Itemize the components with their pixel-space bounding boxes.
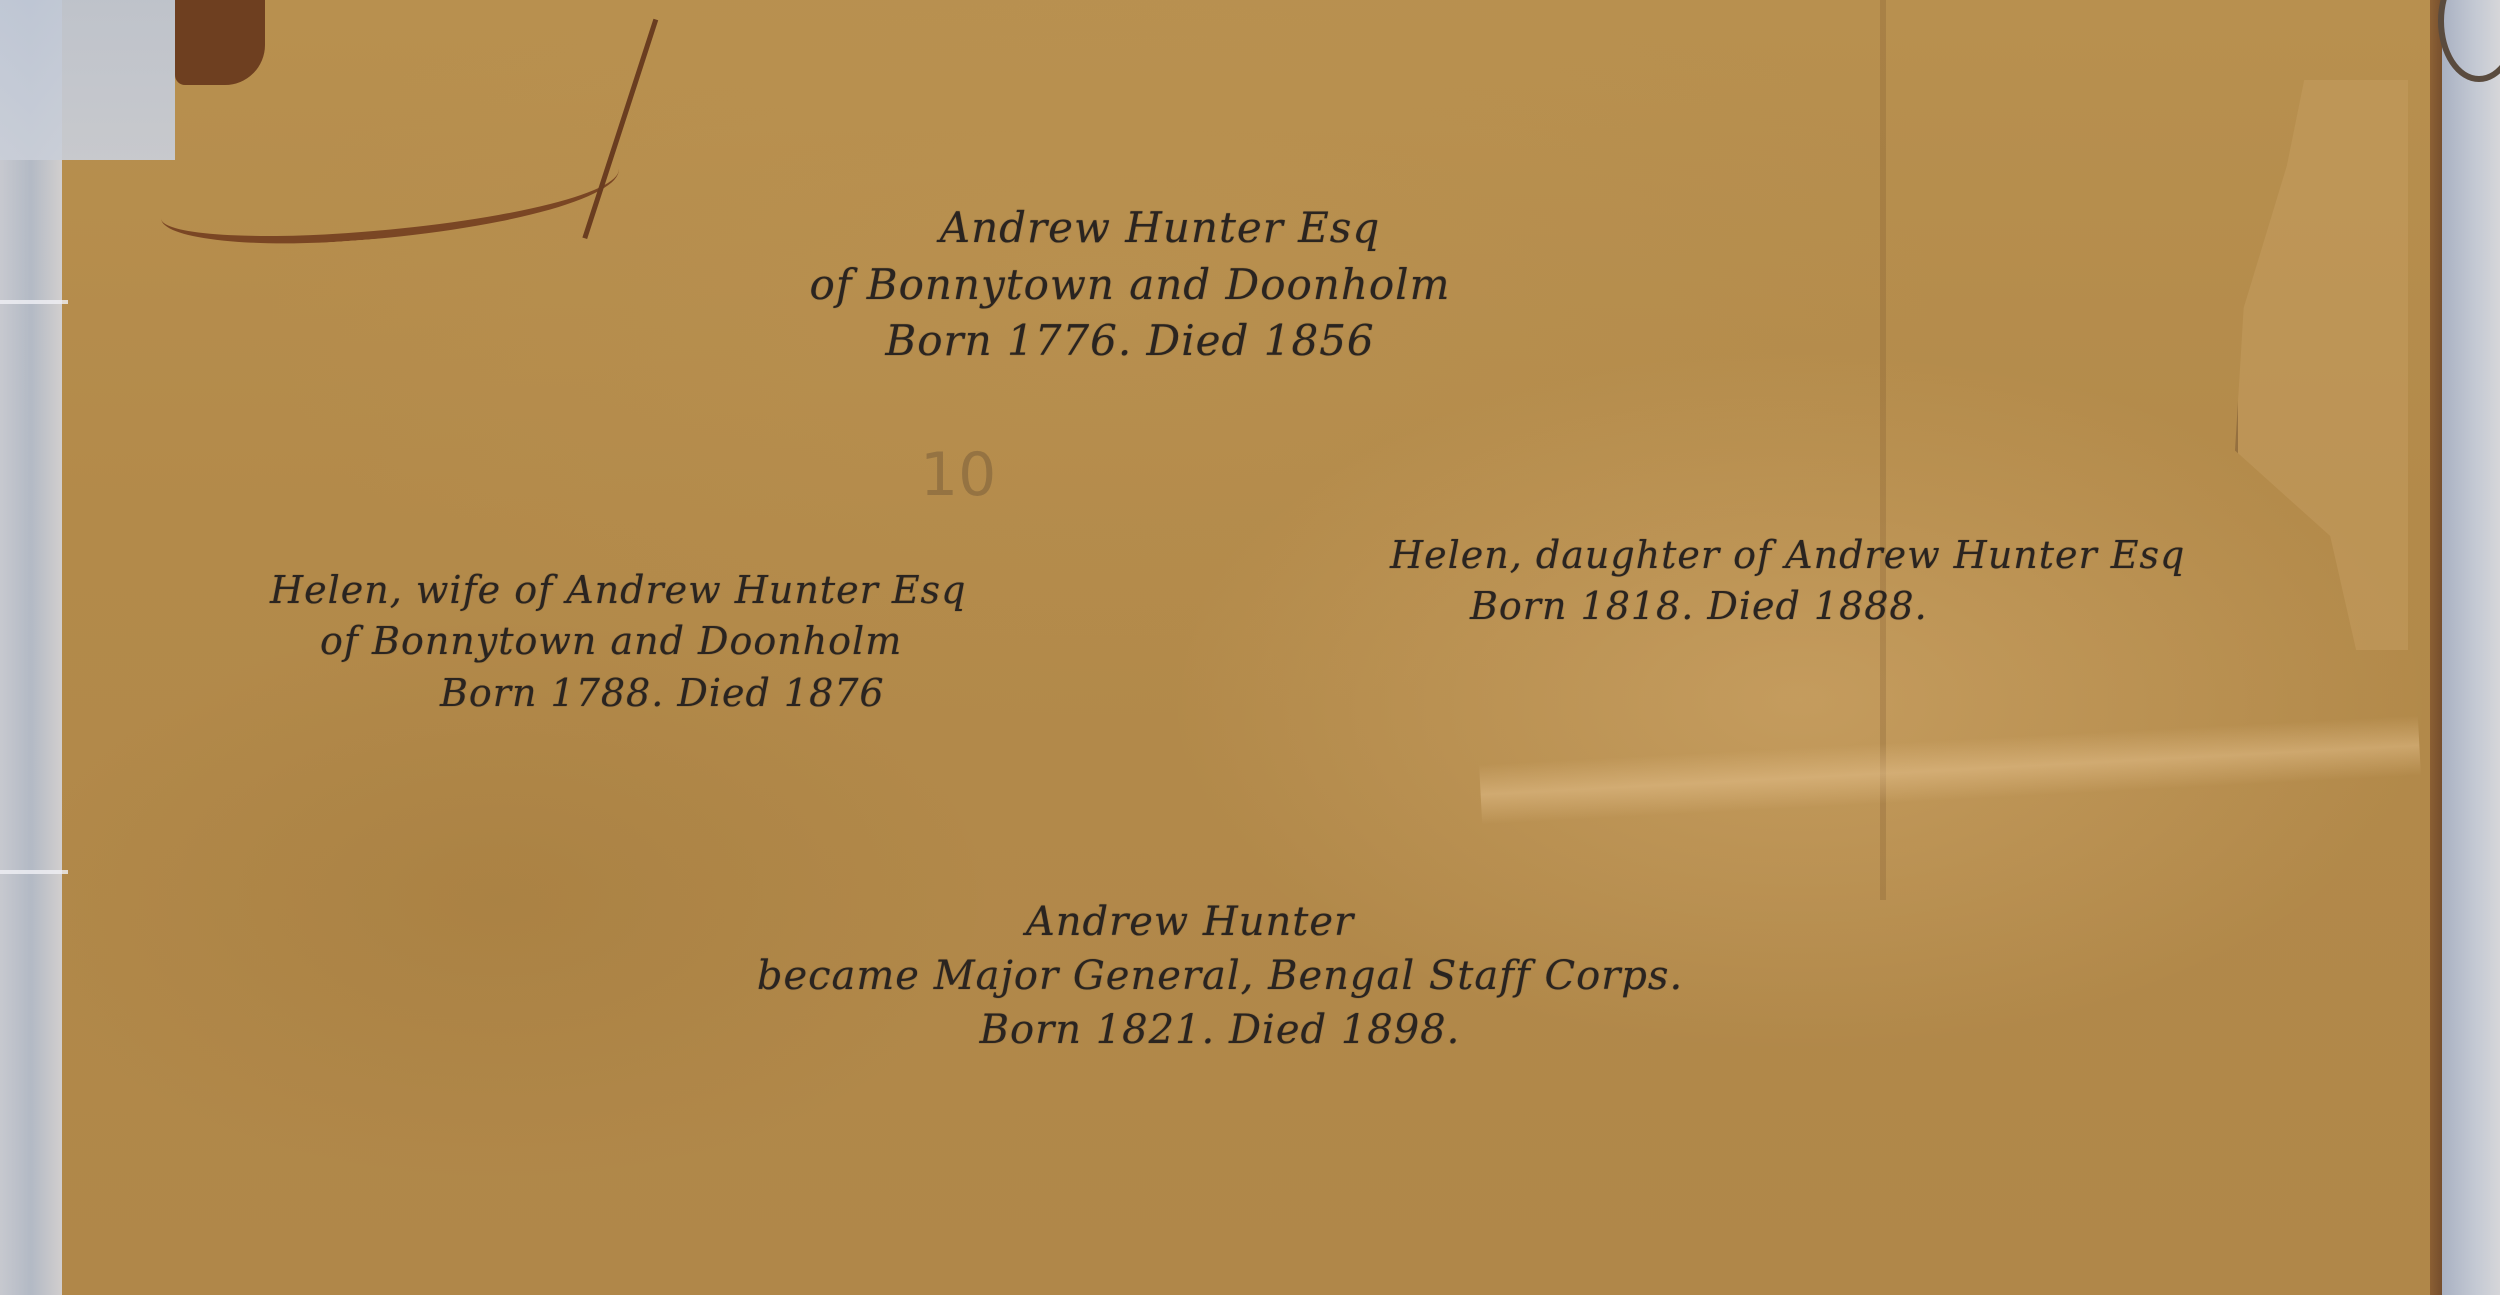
entry-line: became Major General, Bengal Staff Corps…: [680, 949, 1760, 1003]
tape-strip-left: [0, 0, 62, 1295]
entry-helen-wife: Helen, wife of Andrew Hunter Esq of Bonn…: [270, 565, 1050, 719]
torn-flap-right: [2235, 80, 2408, 650]
tape-patch-top-left: [0, 0, 175, 160]
entry-line: Born 1776. Died 1856: [690, 313, 1570, 370]
document-page: 10 Andrew Hunter Esq of Bonnytown and Do…: [0, 0, 2500, 1295]
entry-line: Born 1821. Died 1898.: [680, 1003, 1760, 1057]
paper-crease-horizontal: [1479, 715, 2421, 824]
entry-helen-daughter: Helen, daughter of Andrew Hunter Esq Bor…: [1390, 530, 2190, 633]
entry-line: Born 1788. Died 1876: [270, 668, 1050, 719]
entry-line: of Bonnytown and Doonholm: [690, 257, 1570, 314]
entry-andrew-hunter-sr: Andrew Hunter Esq of Bonnytown and Doonh…: [690, 200, 1570, 370]
entry-line: Andrew Hunter Esq: [690, 200, 1570, 257]
tear-line-diagonal: [497, 0, 658, 239]
entry-line: Born 1818. Died 1888.: [1390, 581, 2190, 632]
tape-seam: [0, 300, 68, 304]
entry-line: Helen, daughter of Andrew Hunter Esq: [1390, 530, 2190, 581]
entry-line: Helen, wife of Andrew Hunter Esq: [270, 565, 1050, 616]
entry-line: of Bonnytown and Doonholm: [270, 616, 1050, 667]
entry-line: Andrew Hunter: [680, 895, 1760, 949]
tape-strip-right: [2442, 0, 2500, 1295]
torn-corner-top-left: [175, 0, 265, 85]
entry-andrew-hunter-jr: Andrew Hunter became Major General, Beng…: [680, 895, 1760, 1057]
pencil-number-mark: 10: [920, 440, 996, 510]
page-edge-right: [2430, 0, 2442, 1295]
tape-seam: [0, 870, 68, 874]
